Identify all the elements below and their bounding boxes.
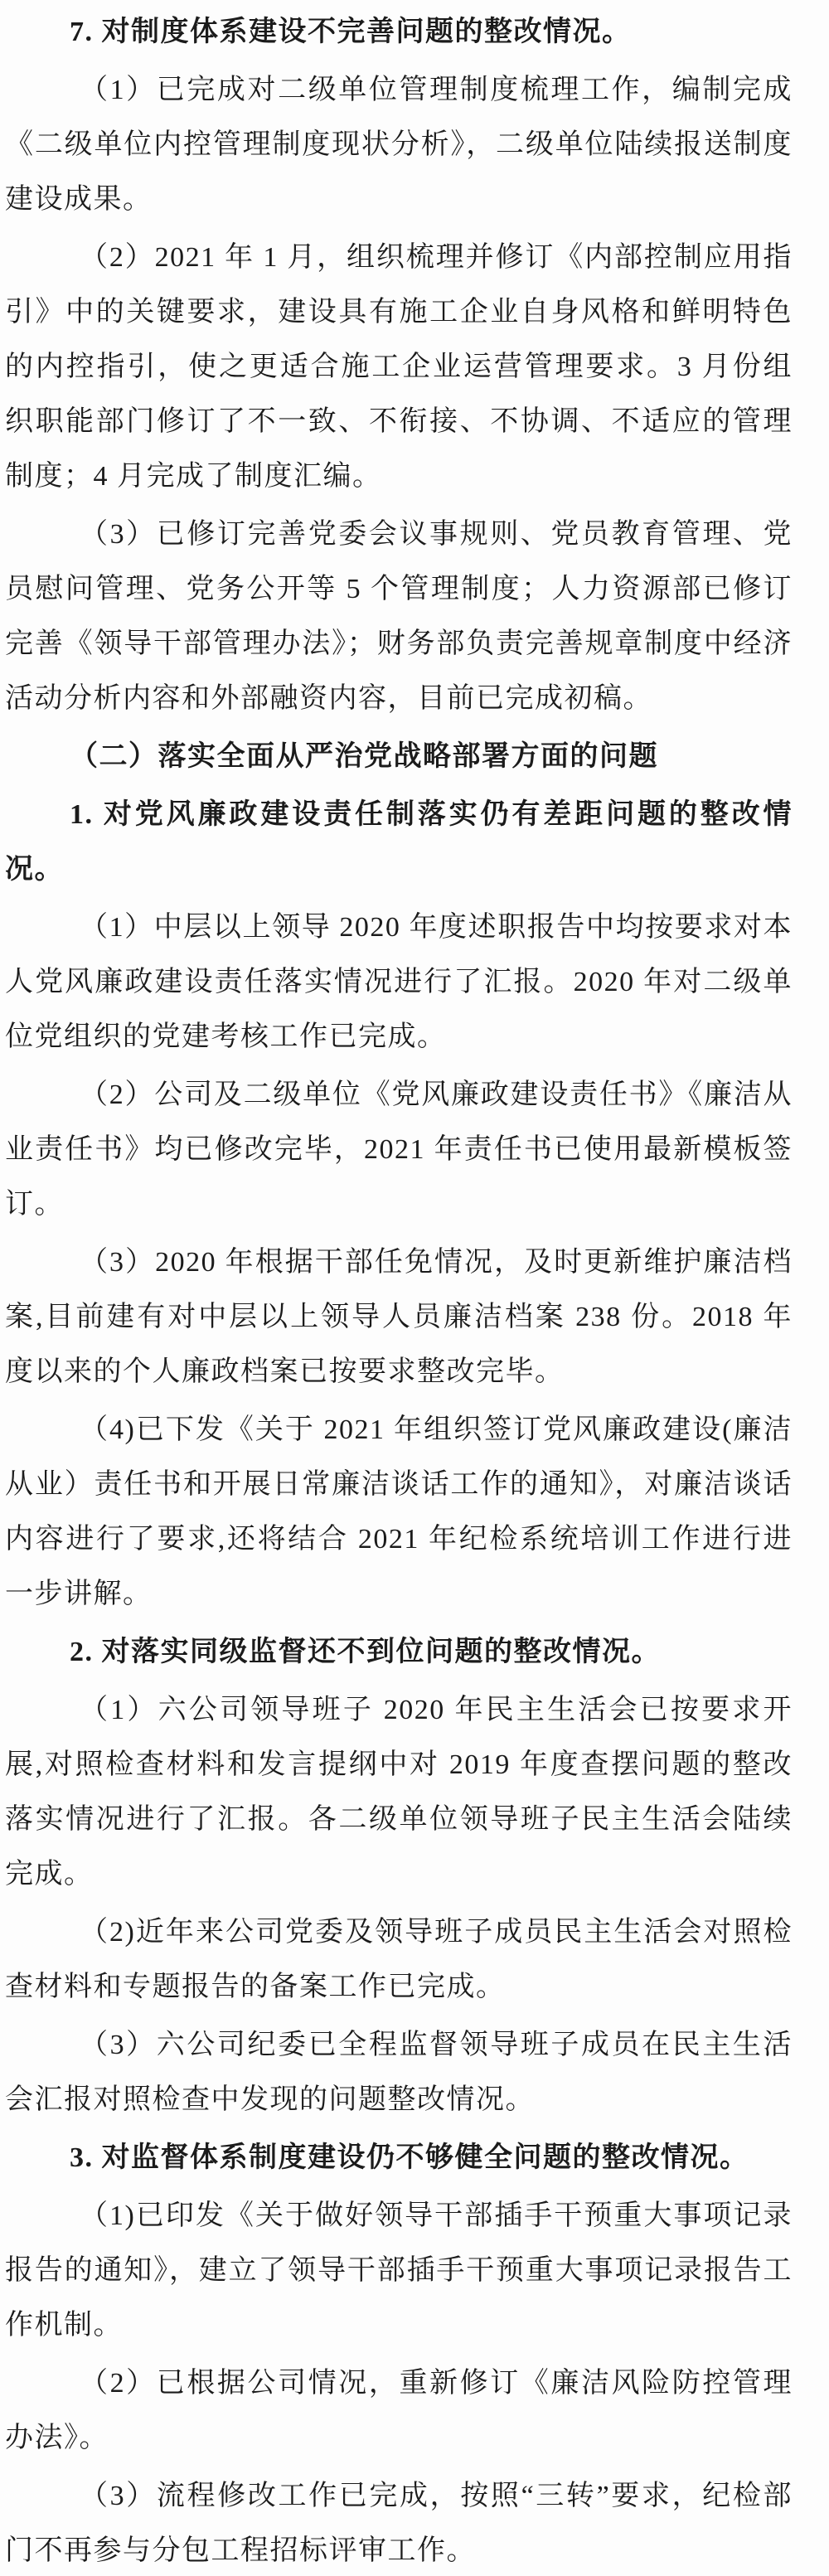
para-7-item-1: （1）已完成对二级单位管理制度梳理工作，编制完成《二级单位内控管理制度现状分析》… (5, 63, 793, 227)
para-topic-2-item-3: （3）六公司纪委已全程监督领导班子成员在民主生活会汇报对照检查中发现的问题整改情… (5, 2018, 793, 2127)
para-7-item-3: （3）已修订完善党委会议事规则、党员教育管理、党员慰问管理、党务公开等 5 个管… (5, 507, 793, 726)
document-page: 7. 对制度体系建设不完善问题的整改情况。 （1）已完成对二级单位管理制度梳理工… (0, 0, 829, 2576)
heading-part-2-topic-2: 2. 对落实同级监督还不到位问题的整改情况。 (5, 1625, 793, 1680)
para-topic-3-item-1: （1)已印发《关于做好领导干部插手干预重大事项记录报告的通知》，建立了领导干部插… (5, 2189, 793, 2353)
heading-part-2-topic-3: 3. 对监督体系制度建设仍不够健全问题的整改情况。 (5, 2131, 793, 2185)
para-topic-2-item-2: （2)近年来公司党委及领导班子成员民主生活会对照检查材料和专题报告的备案工作已完… (5, 1905, 793, 2015)
para-topic-1-item-4: （4)已下发《关于 2021 年组织签订党风廉政建设(廉洁从业）责任书和开展日常… (5, 1403, 793, 1622)
para-topic-3-item-3: （3）流程修改工作已完成，按照“三转”要求，纪检部门不再参与分包工程招标评审工作… (5, 2469, 793, 2576)
para-topic-1-item-2: （2）公司及二级单位《党风廉政建设责任书》《廉洁从业责任书》均已修改完毕，202… (5, 1068, 793, 1232)
para-7-item-2: （2）2021 年 1 月，组织梳理并修订《内部控制应用指引》中的关键要求，建设… (5, 230, 793, 504)
para-topic-1-item-1: （1）中层以上领导 2020 年度述职报告中均按要求对本人党风廉政建设责任落实情… (5, 900, 793, 1065)
heading-part-2-topic-1: 1. 对党风廉政建设责任制落实仍有差距问题的整改情况。 (5, 788, 793, 897)
para-topic-2-item-1: （1）六公司领导班子 2020 年民主生活会已按要求开展,对照检查材料和发言提纲… (5, 1683, 793, 1902)
para-topic-3-item-2: （2）已根据公司情况，重新修订《廉洁风险防控管理办法》。 (5, 2356, 793, 2466)
heading-part-2: （二）落实全面从严治党战略部署方面的问题 (5, 730, 793, 784)
heading-section-7: 7. 对制度体系建设不完善问题的整改情况。 (5, 5, 793, 60)
para-topic-1-item-3: （3）2020 年根据干部任免情况，及时更新维护廉洁档案,目前建有对中层以上领导… (5, 1235, 793, 1400)
